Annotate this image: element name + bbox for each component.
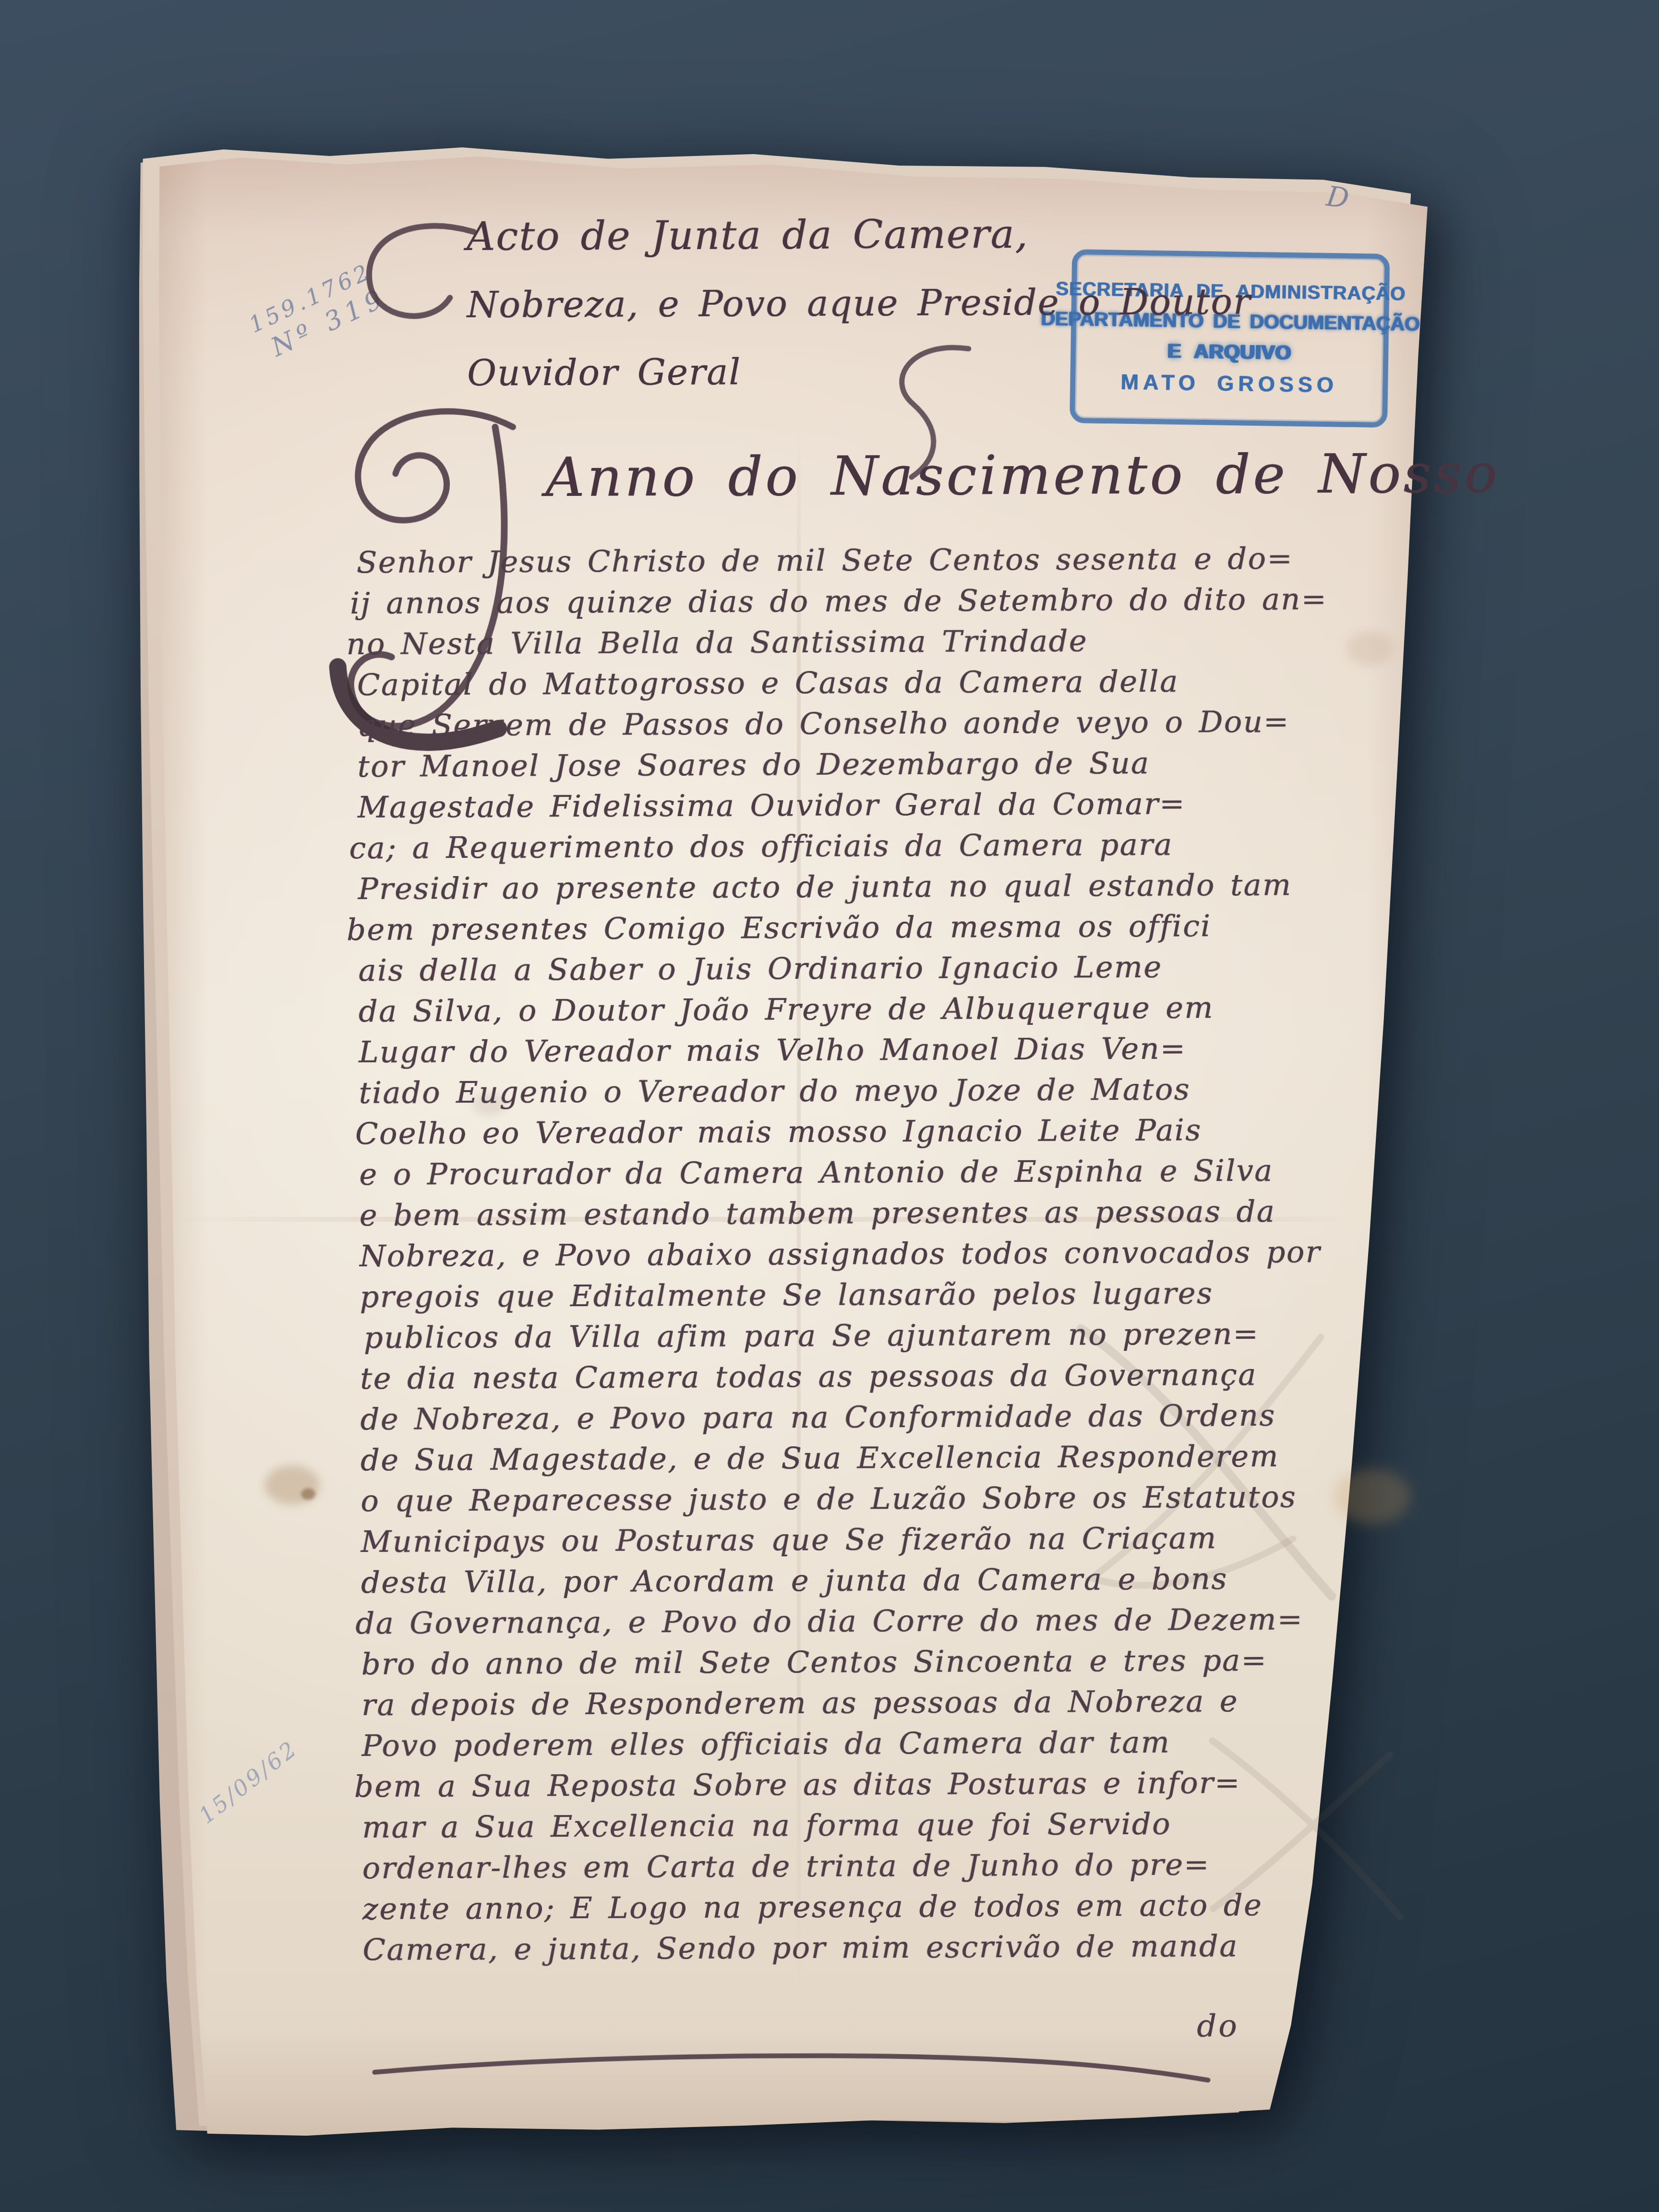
- manuscript-line: tiado Eugenio o Vereador do meyo Joze de…: [359, 1068, 1329, 1113]
- heading-line: Nobreza, e Povo aque Preside o Doutor: [467, 268, 1251, 339]
- heading-line: Ouvidor Geral: [467, 336, 1251, 408]
- manuscript-line: e o Procurador da Camera Antonio de Espi…: [359, 1150, 1330, 1195]
- manuscript-line: te dia nesta Camera todas as pessoas da …: [360, 1354, 1331, 1399]
- catchword: do: [1197, 2008, 1239, 2044]
- manuscript-line: Presidir ao presente acto de junta no qu…: [358, 864, 1329, 909]
- manuscript-line: Lugar do Vereador mais Velho Manoel Dias…: [359, 1027, 1329, 1072]
- manuscript-line: Nobreza, e Povo abaixo assignados todos …: [360, 1231, 1330, 1276]
- manuscript-line: Povo poderem elles officiais da Camera d…: [361, 1721, 1332, 1766]
- manuscript-line: de Sua Magestade, e de Sua Excellencia R…: [361, 1435, 1331, 1480]
- manuscript-line: Senhor Jesus Christo de mil Sete Centos …: [357, 538, 1327, 583]
- manuscript-line: zente anno; E Logo na presença de todos …: [362, 1884, 1333, 1929]
- manuscript-line: bem a Sua Reposta Sobre as ditas Postura…: [354, 1762, 1333, 1807]
- manuscript-line: ais della a Saber o Juis Ordinario Ignac…: [358, 946, 1329, 991]
- pencil-page-letter: D: [1324, 180, 1351, 215]
- manuscript-line: bro do anno de mil Sete Centos Sincoenta…: [361, 1639, 1332, 1684]
- manuscript-line: Magestade Fidelissima Ouvidor Geral da C…: [358, 782, 1328, 828]
- manuscript-line: Camera, e junta, Sendo por mim escrivão …: [362, 1925, 1333, 1970]
- manuscript-line: da Governança, e Povo do dia Corre do me…: [355, 1599, 1332, 1644]
- manuscript-heading: Acto de Junta da Camera,Nobreza, e Povo …: [466, 200, 1251, 408]
- page-content: 159.1762 Nº 319 D 15/09/62 SECRETARIA DE…: [130, 132, 1464, 2149]
- foxing-stain: [1346, 631, 1392, 666]
- manuscript-line: que Servem de Passos do Conselho aonde v…: [357, 701, 1328, 746]
- manuscript-body: Senhor Jesus Christo de mil Sete Centos …: [357, 538, 1334, 1970]
- manuscript-line: publicos da Villa afim para Se ajuntarem…: [364, 1313, 1331, 1358]
- manuscript-line: ij annos aos quinze dias do mes de Setem…: [350, 578, 1327, 624]
- manuscript-line: no Nesta Villa Bella da Santissima Trind…: [346, 619, 1327, 664]
- manuscript-line: da Silva, o Doutor João Freyre de Albuqu…: [359, 986, 1329, 1032]
- manuscript-line: tor Manoel Jose Soares do Dezembargo de …: [357, 742, 1328, 787]
- manuscript-line: mar a Sua Excellencia na forma que foi S…: [362, 1803, 1333, 1848]
- manuscript-line: Coelho eo Vereador mais mosso Ignacio Le…: [355, 1109, 1330, 1154]
- manuscript-line: ra depois de Responderem as pessoas da N…: [361, 1680, 1332, 1725]
- manuscript-line: pregois que Editalmente Se lansarão pelo…: [360, 1272, 1330, 1317]
- photo-background: 159.1762 Nº 319 D 15/09/62 SECRETARIA DE…: [0, 0, 1659, 2212]
- pencil-margin-date: 15/09/62: [194, 1735, 303, 1828]
- manuscript-line: Capital do Mattogrosso e Casas da Camera…: [357, 660, 1328, 705]
- manuscript-line: desta Villa, por Acordam e junta da Came…: [361, 1558, 1332, 1603]
- ink-stain: [301, 1488, 315, 1500]
- manuscript-line: de Nobreza, e Povo para na Conformidade …: [360, 1395, 1331, 1440]
- manuscript-line: e bem assim estando tambem presentes as …: [359, 1190, 1330, 1236]
- manuscript-line: Municipays ou Posturas que Se fizerão na…: [361, 1517, 1331, 1562]
- manuscript-line: o que Reparecesse justo e de Luzão Sobre…: [361, 1476, 1331, 1521]
- manuscript-line: ordenar-lhes em Carta de trinta de Junho…: [362, 1843, 1333, 1888]
- manuscript-line: bem presentes Comigo Escrivão da mesma o…: [347, 905, 1329, 950]
- heading-line: Acto de Junta da Camera,: [466, 200, 1250, 271]
- ink-rule: [369, 2045, 1214, 2092]
- heading-capital-flourish-icon: [337, 210, 481, 340]
- manuscript-opening-line: Anno do Nascimento de Nosso: [545, 443, 1500, 509]
- manuscript-line: ca; a Requerimento dos officiais da Came…: [349, 823, 1328, 868]
